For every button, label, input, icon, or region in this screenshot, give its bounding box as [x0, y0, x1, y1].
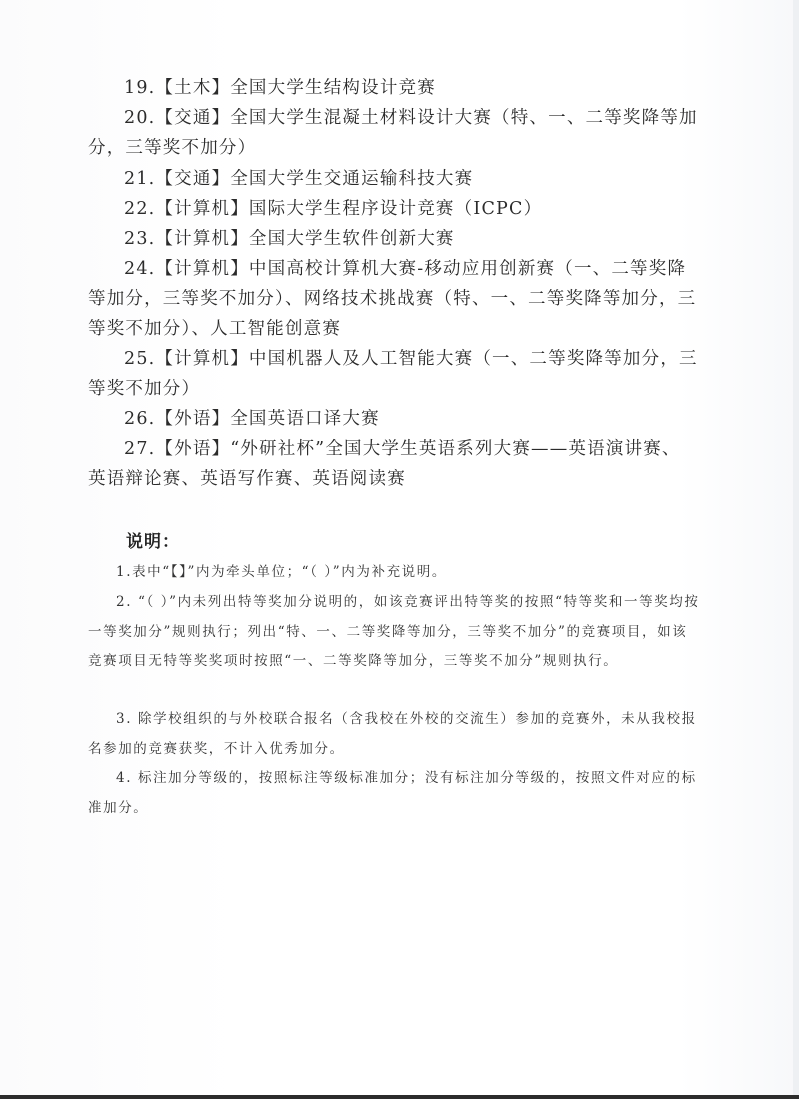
- note-item-4: 4. 标注加分等级的，按照标注等级标准加分；没有标注加分等级的，按照文件对应的标…: [88, 764, 700, 823]
- competition-item-20: 20.【交通】全国大学生混凝土材料设计大赛（特、一、二等奖降等加分，三等奖不加分…: [88, 103, 698, 163]
- note-item-2: 2. “（ ）”内未列出特等奖加分说明的，如该竞赛评出特等奖的按照“特等奖和一等…: [88, 588, 700, 677]
- competition-item-21: 21.【交通】全国大学生交通运输科技大赛: [88, 164, 698, 194]
- competition-item-22: 22.【计算机】国际大学生程序设计竞赛（ICPC）: [88, 194, 698, 224]
- notes-title: 说明：: [126, 527, 180, 552]
- scan-right-edge: [793, 0, 799, 1099]
- competition-item-25: 25.【计算机】中国机器人及人工智能大赛（一、二等奖降等加分，三等奖不加分）: [88, 344, 698, 404]
- document-page: 19.【土木】全国大学生结构设计竞赛 20.【交通】全国大学生混凝土材料设计大赛…: [0, 0, 799, 1099]
- competition-item-24: 24.【计算机】中国高校计算机大赛-移动应用创新赛（一、二等奖降等加分，三等奖不…: [88, 254, 698, 344]
- scan-bottom-edge: [0, 1095, 799, 1099]
- competition-item-27: 27.【外语】“外研社杯”全国大学生英语系列大赛——英语演讲赛、英语辩论赛、英语…: [88, 434, 698, 494]
- competition-item-23: 23.【计算机】全国大学生软件创新大赛: [88, 224, 698, 254]
- note-item-1: 1.表中“【】”内为牵头单位；“（ ）”内为补充说明。: [88, 558, 700, 588]
- note-item-3: 3. 除学校组织的与外校联合报名（含我校在外校的交流生）参加的竞赛外，未从我校报…: [88, 705, 700, 764]
- competition-item-26: 26.【外语】全国英语口译大赛: [88, 404, 698, 434]
- competition-item-19: 19.【土木】全国大学生结构设计竞赛: [88, 73, 698, 103]
